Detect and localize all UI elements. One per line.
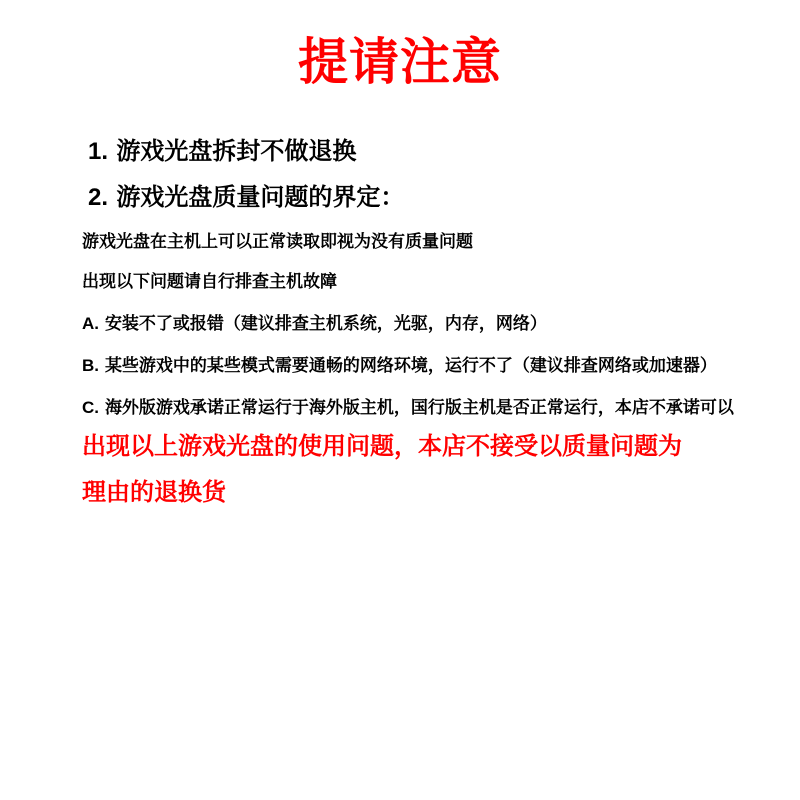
rule-1-text: 游戏光盘拆封不做退换 <box>116 138 356 165</box>
issue-a-text: 安装不了或报错（建议排查主机系统，光驱，内存，网络） <box>105 314 547 333</box>
issue-item-c: C.海外版游戏承诺正常运行于海外版主机，国行版主机是否正常运行，本店不承诺可以 <box>82 397 740 419</box>
warning-line-1: 出现以上游戏光盘的使用问题，本店不接受以质量问题为 <box>82 431 740 463</box>
issue-a-label: A. <box>82 314 99 333</box>
issue-c-label: C. <box>82 398 99 417</box>
notice-body: 1.游戏光盘拆封不做退换 2.游戏光盘质量问题的界定： 游戏光盘在主机上可以正常… <box>0 137 800 509</box>
issue-b-label: B. <box>82 356 99 375</box>
notice-page: 提请注意 1.游戏光盘拆封不做退换 2.游戏光盘质量问题的界定： 游戏光盘在主机… <box>0 0 800 800</box>
rule-2-text: 游戏光盘质量问题的界定： <box>116 184 404 211</box>
rule-item-1: 1.游戏光盘拆封不做退换 <box>88 137 740 167</box>
rule-1-number: 1. <box>88 138 108 165</box>
issue-item-b: B.某些游戏中的某些模式需要通畅的网络环境，运行不了（建议排查网络或加速器） <box>82 355 740 377</box>
notice-title: 提请注意 <box>0 0 800 92</box>
warning-statement: 出现以上游戏光盘的使用问题，本店不接受以质量问题为 理由的退换货 <box>82 431 740 509</box>
issue-b-text: 某些游戏中的某些模式需要通畅的网络环境，运行不了（建议排查网络或加速器） <box>105 356 717 375</box>
issue-c-text: 海外版游戏承诺正常运行于海外版主机，国行版主机是否正常运行，本店不承诺可以 <box>105 398 734 417</box>
issue-item-a: A.安装不了或报错（建议排查主机系统，光驱，内存，网络） <box>82 313 740 335</box>
rule-2-number: 2. <box>88 184 108 211</box>
criteria-line-2: 出现以下问题请自行排查主机故障 <box>82 271 740 293</box>
warning-line-2: 理由的退换货 <box>82 477 740 509</box>
rule-item-2: 2.游戏光盘质量问题的界定： <box>88 183 740 213</box>
criteria-line-1: 游戏光盘在主机上可以正常读取即视为没有质量问题 <box>82 231 740 253</box>
